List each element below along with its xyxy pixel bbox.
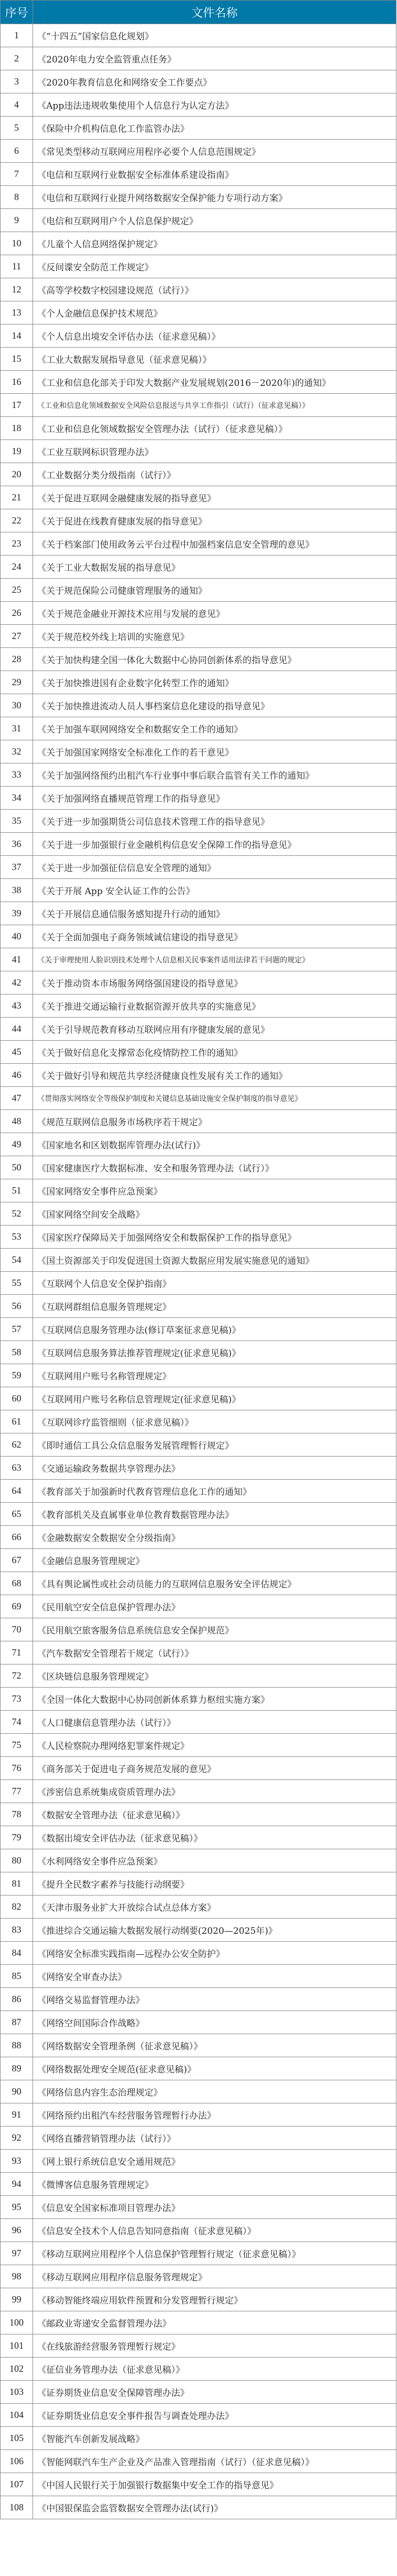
table-row: 108《中国银保监会监管数据安全管理办法(试行)》 [1,2496,396,2519]
row-number: 74 [1,1711,33,1734]
document-title: 《反间谍安全防范工作规定》 [33,255,396,278]
document-title: 《工业互联网标识管理办法》 [33,440,396,463]
document-title: 《证券期货业信息安全事件报告与调查处理办法》 [33,2404,396,2427]
document-title: 《互联网群组信息服务管理规定》 [33,1295,396,1318]
table-row: 67《金融信息服务管理规定》 [1,1549,396,1572]
table-row: 58《互联网信息服务算法推荐管理规定(征求意见稿)》 [1,1341,396,1364]
row-number: 4 [1,93,33,117]
row-number: 14 [1,324,33,348]
table-row: 11《反间谍安全防范工作规定》 [1,255,396,278]
table-row: 99《移动智能终端应用软件预置和分发管理暂行规定》 [1,2288,396,2311]
table-row: 41《关于审理使用人脸识别技术处理个人信息相关民事案件适用法律若干问题的规定》 [1,948,396,971]
row-number: 35 [1,810,33,833]
row-number: 60 [1,1387,33,1410]
column-header-title: 文件名称 [33,1,396,24]
document-title: 《关于规范校外线上培训的实施意见》 [33,625,396,648]
table-row: 93《网上银行系统信息安全通用规范》 [1,2150,396,2173]
row-number: 108 [1,2496,33,2519]
table-row: 9《电信和互联网用户个人信息保护规定》 [1,209,396,232]
table-row: 85《网络安全审查办法》 [1,1965,396,1988]
row-number: 12 [1,278,33,301]
row-number: 27 [1,625,33,648]
row-number: 29 [1,671,33,694]
row-number: 16 [1,371,33,394]
row-number: 22 [1,509,33,532]
document-title: 《全国一体化大数据中心协同创新体系算力枢纽实施方案》 [33,1688,396,1711]
row-number: 63 [1,1457,33,1480]
row-number: 80 [1,1849,33,1872]
row-number: 53 [1,1226,33,1249]
row-number: 7 [1,163,33,186]
table-row: 35《关于进一步加强期货公司信息技术管理工作的指导意见》 [1,810,396,833]
row-number: 31 [1,717,33,740]
document-title: 《在线旅游经营服务管理暂行规定》 [33,2334,396,2358]
table-row: 96《信息安全技术个人信息告知同意指南（征求意见稿）》 [1,2219,396,2242]
table-row: 74《人口健康信息管理办法（试行）》 [1,1711,396,1734]
table-row: 88《网络数据安全管理条例（征求意见稿）》 [1,2034,396,2057]
row-number: 51 [1,1179,33,1202]
document-title: 《关于做好信息化支撑常态化疫情防控工作的通知》 [33,1041,396,1064]
table-row: 82《天津市服务业扩大开放综合试点总体方案》 [1,1896,396,1919]
document-title: 《移动互联网应用程序个人信息保护管理暂行规定（征求意见稿）》 [33,2242,396,2265]
table-row: 18《工业和信息化领域数据安全管理办法（试行）（征求意见稿）》 [1,417,396,440]
table-row: 61《互联网诊疗监管细则（征求意见稿）》 [1,1410,396,1433]
row-number: 13 [1,301,33,324]
document-title: 《App违法违规收集使用个人信息行为认定方法》 [33,93,396,117]
document-title: 《关于开展信息通信服务感知提升行动的通知》 [33,902,396,925]
row-number: 64 [1,1480,33,1503]
table-row: 49《国家地名和区划数据库管理办法(试行)》 [1,1133,396,1156]
document-title: 《智能汽车创新发展战略》 [33,2427,396,2450]
document-title: 《关于加快构建全国一体化大数据中心协同创新体系的指导意见》 [33,648,396,671]
table-row: 68《具有舆论属性或社会动员能力的互联网信息服务安全评估规定》 [1,1572,396,1595]
document-title: 《汽车数据安全管理若干规定（试行）》 [33,1641,396,1664]
row-number: 68 [1,1572,33,1595]
document-title: 《贯彻落实网络安全等级保护制度和关键信息基础设施安全保护制度的指导意见》 [33,1087,396,1110]
row-number: 91 [1,2103,33,2127]
document-title: 《关于工业大数据发展的指导意见》 [33,556,396,579]
table-row: 17《工业和信息化领域数据安全风险信息报送与共享工作指引（试行）（征求意见稿）》 [1,394,396,417]
row-number: 92 [1,2127,33,2150]
table-row: 80《水利网络安全事件应急预案》 [1,1849,396,1872]
table-row: 75《人民检察院办理网络犯罪案件规定》 [1,1734,396,1757]
document-title: 《高等学校数字校园建设规范（试行）》 [33,278,396,301]
document-title: 《人口健康信息管理办法（试行）》 [33,1711,396,1734]
document-title: 《工业大数据发展指导意见（征求意见稿）》 [33,348,396,371]
table-row: 64《教育部关于加强新时代教育管理信息化工作的通知》 [1,1480,396,1503]
document-title: 《国家网络空间安全战略》 [33,1202,396,1226]
document-title: 《关于全面加强电子商务领域诚信建设的指导意见》 [33,925,396,948]
row-number: 93 [1,2150,33,2173]
table-row: 100《邮政业寄递安全监督管理办法》 [1,2311,396,2334]
row-number: 46 [1,1064,33,1087]
table-row: 37《关于进一步加强征信信息安全管理的通知》 [1,856,396,879]
table-row: 44《关于引导规范教育移动互联网应用有序健康发展的意见》 [1,1018,396,1041]
document-title: 《网络安全标准实践指南—远程办公安全防护》 [33,1942,396,1965]
document-title: 《关于加强网络预约出租汽车行业事中事后联合监管有关工作的通知》 [33,763,396,787]
row-number: 85 [1,1965,33,1988]
row-number: 19 [1,440,33,463]
document-title: 《关于规范金融业开源技术应用与发展的意见》 [33,602,396,625]
document-title: 《“十四五”国家信息化规划》 [33,24,396,47]
document-title: 《移动互联网应用程序信息服务管理规定》 [33,2265,396,2288]
table-row: 57《互联网信息服务管理办法(修订草案征求意见稿)》 [1,1318,396,1341]
table-row: 83《推进综合交通运输大数据发展行动纲要(2020—2025年)》 [1,1919,396,1942]
table-row: 62《即时通信工具公众信息服务发展管理暂行规定》 [1,1433,396,1457]
row-number: 58 [1,1341,33,1364]
row-number: 2 [1,47,33,70]
table-row: 45《关于做好信息化支撑常态化疫情防控工作的通知》 [1,1041,396,1064]
table-row: 42《关于推动资本市场服务网络强国建设的指导意见》 [1,971,396,994]
row-number: 11 [1,255,33,278]
table-row: 1《“十四五”国家信息化规划》 [1,24,396,47]
document-title: 《关于促进在线教育健康发展的指导意见》 [33,509,396,532]
row-number: 70 [1,1618,33,1641]
table-row: 70《民用航空旅客服务信息系统信息安全保护规范》 [1,1618,396,1641]
document-title: 《区块链信息服务管理规定》 [33,1664,396,1688]
document-title: 《电信和互联网行业提升网络数据安全保护能力专项行动方案》 [33,186,396,209]
row-number: 104 [1,2404,33,2427]
document-title: 《关于进一步加强征信信息安全管理的通知》 [33,856,396,879]
row-number: 102 [1,2358,33,2381]
document-title: 《工业数据分类分级指南（试行）》 [33,463,396,486]
row-number: 87 [1,2011,33,2034]
table-row: 102《征信业务管理办法（征求意见稿）》 [1,2358,396,2381]
table-row: 23《关于档案部门使用政务云平台过程中加强档案信息安全管理的意见》 [1,532,396,556]
row-number: 8 [1,186,33,209]
document-title: 《教育部机关及直属事业单位教育数据管理办法》 [33,1503,396,1526]
row-number: 86 [1,1988,33,2011]
table-row: 19《工业互联网标识管理办法》 [1,440,396,463]
document-title: 《信息安全技术个人信息告知同意指南（征求意见稿）》 [33,2219,396,2242]
row-number: 25 [1,579,33,602]
row-number: 61 [1,1410,33,1433]
table-row: 50《国家健康医疗大数据标准、安全和服务管理办法（试行）》 [1,1156,396,1179]
table-row: 107《中国人民银行关于加强银行数据集中安全工作的指导意见》 [1,2473,396,2496]
table-row: 46《关于做好引导和规范共享经济健康良性发展有关工作的通知》 [1,1064,396,1087]
document-title: 《电信和互联网行业数据安全标准体系建设指南》 [33,163,396,186]
document-title: 《关于加快推进流动人员人事档案信息化建设的指导意见》 [33,694,396,717]
row-number: 73 [1,1688,33,1711]
row-number: 62 [1,1433,33,1457]
row-number: 34 [1,787,33,810]
table-row: 59《互联网用户账号名称管理规定》 [1,1364,396,1387]
table-row: 29《关于加快推进国有企业数字化转型工作的通知》 [1,671,396,694]
table-row: 103《证券期货业信息安全保障管理办法》 [1,2381,396,2404]
table-row: 39《关于开展信息通信服务感知提升行动的通知》 [1,902,396,925]
table-row: 104《证券期货业信息安全事件报告与调查处理办法》 [1,2404,396,2427]
document-title: 《保险中介机构信息化工作监管办法》 [33,117,396,140]
row-number: 100 [1,2311,33,2334]
row-number: 107 [1,2473,33,2496]
document-title: 《水利网络安全事件应急预案》 [33,1849,396,1872]
table-row: 28《关于加快构建全国一体化大数据中心协同创新体系的指导意见》 [1,648,396,671]
row-number: 41 [1,948,33,971]
document-title: 《民用航空安全信息保护管理办法》 [33,1595,396,1618]
row-number: 89 [1,2057,33,2080]
row-number: 88 [1,2034,33,2057]
row-number: 96 [1,2219,33,2242]
table-row: 16《工业和信息化部关于印发大数据产业发展规划(2016－2020年)的通知》 [1,371,396,394]
table-row: 7《电信和互联网行业数据安全标准体系建设指南》 [1,163,396,186]
table-row: 90《网络信息内容生态治理规定》 [1,2080,396,2103]
row-number: 50 [1,1156,33,1179]
document-title: 《关于做好引导和规范共享经济健康良性发展有关工作的通知》 [33,1064,396,1087]
row-number: 44 [1,1018,33,1041]
table-row: 60《互联网用户账号名称信息管理规定(征求意见稿)》 [1,1387,396,1410]
row-number: 57 [1,1318,33,1341]
table-row: 31《关于加强车联网网络安全和数据安全工作的通知》 [1,717,396,740]
row-number: 10 [1,232,33,255]
table-row: 54《国土资源部关于印发促进国土资源大数据应用发展实施意见的通知》 [1,1249,396,1272]
row-number: 59 [1,1364,33,1387]
table-row: 65《教育部机关及直属事业单位教育数据管理办法》 [1,1503,396,1526]
row-number: 17 [1,394,33,417]
table-row: 20《工业数据分类分级指南（试行）》 [1,463,396,486]
table-row: 86《网络交易监督管理办法》 [1,1988,396,2011]
table-row: 95《信息安全国家标准项目管理办法》 [1,2196,396,2219]
table-body: 1《“十四五”国家信息化规划》2《2020年电力安全监管重点任务》3《2020年… [1,24,396,2519]
document-title: 《中国银保监会监管数据安全管理办法(试行)》 [33,2496,396,2519]
document-title: 《国家健康医疗大数据标准、安全和服务管理办法（试行）》 [33,1156,396,1179]
table-row: 10《儿童个人信息网络保护规定》 [1,232,396,255]
row-number: 67 [1,1549,33,1572]
table-row: 87《网络空间国际合作战略》 [1,2011,396,2034]
document-title: 《即时通信工具公众信息服务发展管理暂行规定》 [33,1433,396,1457]
table-row: 6《常见类型移动互联网应用程序必要个人信息范围规定》 [1,140,396,163]
row-number: 18 [1,417,33,440]
row-number: 71 [1,1641,33,1664]
row-number: 98 [1,2265,33,2288]
document-title: 《涉密信息系统集成资质管理办法》 [33,1780,396,1803]
document-title: 《数据出境安全评估办法（征求意见稿）》 [33,1826,396,1849]
document-title: 《提升全民数字素养与技能行动纲要》 [33,1872,396,1896]
row-number: 106 [1,2450,33,2473]
table-row: 30《关于加快推进流动人员人事档案信息化建设的指导意见》 [1,694,396,717]
row-number: 82 [1,1896,33,1919]
document-list-table: 序号 文件名称 1《“十四五”国家信息化规划》2《2020年电力安全监管重点任务… [0,0,396,2519]
document-title: 《商务部关于促进电子商务规范发展的意见》 [33,1757,396,1780]
table-row: 38《关于开展 App 安全认证工作的公告》 [1,879,396,902]
table-row: 48《规范互联网信息服务市场秩序若干规定》 [1,1110,396,1133]
document-title: 《互联网个人信息安全保护指南》 [33,1272,396,1295]
table-row: 36《关于进一步加强银行业金融机构信息安全保障工作的指导意见》 [1,833,396,856]
document-title: 《国土资源部关于印发促进国土资源大数据应用发展实施意见的通知》 [33,1249,396,1272]
row-number: 75 [1,1734,33,1757]
document-title: 《交通运输政务数据共享管理办法》 [33,1457,396,1480]
document-title: 《关于引导规范教育移动互联网应用有序健康发展的意见》 [33,1018,396,1041]
row-number: 1 [1,24,33,47]
document-title: 《个人金融信息保护技术规范》 [33,301,396,324]
table-row: 40《关于全面加强电子商务领域诚信建设的指导意见》 [1,925,396,948]
row-number: 36 [1,833,33,856]
table-row: 43《关于推进交通运输行业数据资源开放共享的实施意见》 [1,994,396,1018]
document-title: 《金融数据安全数据安全分级指南》 [33,1526,396,1549]
table-row: 97《移动互联网应用程序个人信息保护管理暂行规定（征求意见稿）》 [1,2242,396,2265]
table-row: 69《民用航空安全信息保护管理办法》 [1,1595,396,1618]
row-number: 37 [1,856,33,879]
document-title: 《教育部关于加强新时代教育管理信息化工作的通知》 [33,1480,396,1503]
row-number: 99 [1,2288,33,2311]
document-title: 《具有舆论属性或社会动员能力的互联网信息服务安全评估规定》 [33,1572,396,1595]
table-row: 51《国家网络安全事件应急预案》 [1,1179,396,1202]
document-title: 《常见类型移动互联网应用程序必要个人信息范围规定》 [33,140,396,163]
document-title: 《关于加强网络直播规范管理工作的指导意见》 [33,787,396,810]
row-number: 79 [1,1826,33,1849]
row-number: 43 [1,994,33,1018]
row-number: 21 [1,486,33,509]
table-row: 63《交通运输政务数据共享管理办法》 [1,1457,396,1480]
document-title: 《微博客信息服务管理规定》 [33,2173,396,2196]
row-number: 32 [1,740,33,763]
table-row: 91《网络预约出租汽车经营服务管理暂行办法》 [1,2103,396,2127]
document-title: 《网络预约出租汽车经营服务管理暂行办法》 [33,2103,396,2127]
row-number: 48 [1,1110,33,1133]
document-title: 《关于审理使用人脸识别技术处理个人信息相关民事案件适用法律若干问题的规定》 [33,948,396,971]
row-number: 105 [1,2427,33,2450]
document-title: 《网上银行系统信息安全通用规范》 [33,2150,396,2173]
row-number: 97 [1,2242,33,2265]
document-title: 《国家网络安全事件应急预案》 [33,1179,396,1202]
row-number: 101 [1,2334,33,2358]
document-title: 《互联网用户账号名称信息管理规定(征求意见稿)》 [33,1387,396,1410]
table-row: 47《贯彻落实网络安全等级保护制度和关键信息基础设施安全保护制度的指导意见》 [1,1087,396,1110]
row-number: 30 [1,694,33,717]
document-title: 《互联网信息服务管理办法(修订草案征求意见稿)》 [33,1318,396,1341]
row-number: 77 [1,1780,33,1803]
row-number: 40 [1,925,33,948]
row-number: 56 [1,1295,33,1318]
row-number: 33 [1,763,33,787]
table-row: 12《高等学校数字校园建设规范（试行）》 [1,278,396,301]
row-number: 23 [1,532,33,556]
table-row: 84《网络安全标准实践指南—远程办公安全防护》 [1,1942,396,1965]
document-title: 《邮政业寄递安全监督管理办法》 [33,2311,396,2334]
row-number: 84 [1,1942,33,1965]
row-number: 28 [1,648,33,671]
table-row: 25《关于规范保险公司健康管理服务的通知》 [1,579,396,602]
document-title: 《数据安全管理办法（征求意见稿）》 [33,1803,396,1826]
table-row: 81《提升全民数字素养与技能行动纲要》 [1,1872,396,1896]
row-number: 94 [1,2173,33,2196]
table-row: 22《关于促进在线教育健康发展的指导意见》 [1,509,396,532]
table-row: 4《App违法违规收集使用个人信息行为认定方法》 [1,93,396,117]
row-number: 95 [1,2196,33,2219]
row-number: 26 [1,602,33,625]
document-title: 《中国人民银行关于加强银行数据集中安全工作的指导意见》 [33,2473,396,2496]
document-title: 《关于加强国家网络安全标准化工作的若干意见》 [33,740,396,763]
table-row: 73《全国一体化大数据中心协同创新体系算力枢纽实施方案》 [1,1688,396,1711]
document-title: 《推进综合交通运输大数据发展行动纲要(2020—2025年)》 [33,1919,396,1942]
document-title: 《金融信息服务管理规定》 [33,1549,396,1572]
document-title: 《天津市服务业扩大开放综合试点总体方案》 [33,1896,396,1919]
row-number: 83 [1,1919,33,1942]
table-row: 8《电信和互联网行业提升网络数据安全保护能力专项行动方案》 [1,186,396,209]
document-title: 《儿童个人信息网络保护规定》 [33,232,396,255]
document-title: 《征信业务管理办法（征求意见稿）》 [33,2358,396,2381]
document-title: 《移动智能终端应用软件预置和分发管理暂行规定》 [33,2288,396,2311]
row-number: 24 [1,556,33,579]
row-number: 54 [1,1249,33,1272]
document-title: 《国家地名和区划数据库管理办法(试行)》 [33,1133,396,1156]
row-number: 6 [1,140,33,163]
row-number: 9 [1,209,33,232]
row-number: 81 [1,1872,33,1896]
document-title: 《互联网信息服务算法推荐管理规定(征求意见稿)》 [33,1341,396,1364]
document-title: 《智能网联汽车生产企业及产品准入管理指南（试行）（征求意见稿）》 [33,2450,396,2473]
row-number: 38 [1,879,33,902]
document-title: 《关于加强车联网网络安全和数据安全工作的通知》 [33,717,396,740]
document-title: 《关于档案部门使用政务云平台过程中加强档案信息安全管理的意见》 [33,532,396,556]
row-number: 90 [1,2080,33,2103]
document-title: 《规范互联网信息服务市场秩序若干规定》 [33,1110,396,1133]
row-number: 66 [1,1526,33,1549]
table-row: 98《移动互联网应用程序信息服务管理规定》 [1,2265,396,2288]
document-title: 《民用航空旅客服务信息系统信息安全保护规范》 [33,1618,396,1641]
document-title: 《关于开展 App 安全认证工作的公告》 [33,879,396,902]
table-row: 77《涉密信息系统集成资质管理办法》 [1,1780,396,1803]
document-title: 《网络空间国际合作战略》 [33,2011,396,2034]
document-title: 《证券期货业信息安全保障管理办法》 [33,2381,396,2404]
document-title: 《网络数据安全管理条例（征求意见稿）》 [33,2034,396,2057]
table-row: 52《国家网络空间安全战略》 [1,1202,396,1226]
document-title: 《网络直播营销管理办法（试行）》 [33,2127,396,2150]
document-title: 《网络信息内容生态治理规定》 [33,2080,396,2103]
document-title: 《个人信息出境安全评估办法（征求意见稿）》 [33,324,396,348]
table-row: 24《关于工业大数据发展的指导意见》 [1,556,396,579]
row-number: 72 [1,1664,33,1688]
row-number: 103 [1,2381,33,2404]
table-row: 14《个人信息出境安全评估办法（征求意见稿）》 [1,324,396,348]
row-number: 55 [1,1272,33,1295]
row-number: 78 [1,1803,33,1826]
column-header-number: 序号 [1,1,33,24]
table-row: 71《汽车数据安全管理若干规定（试行）》 [1,1641,396,1664]
document-title: 《电信和互联网用户个人信息保护规定》 [33,209,396,232]
document-title: 《网络数据处理安全规范(征求意见稿)》 [33,2057,396,2080]
table-row: 3《2020年教育信息化和网络安全工作要点》 [1,70,396,93]
row-number: 49 [1,1133,33,1156]
table-header-row: 序号 文件名称 [1,1,396,24]
document-title: 《网络安全审查办法》 [33,1965,396,1988]
table-row: 105《智能汽车创新发展战略》 [1,2427,396,2450]
row-number: 65 [1,1503,33,1526]
table-row: 101《在线旅游经营服务管理暂行规定》 [1,2334,396,2358]
document-title: 《信息安全国家标准项目管理办法》 [33,2196,396,2219]
document-title: 《关于推动资本市场服务网络强国建设的指导意见》 [33,971,396,994]
table-row: 106《智能网联汽车生产企业及产品准入管理指南（试行）（征求意见稿）》 [1,2450,396,2473]
table-row: 21《关于促进互联网金融健康发展的指导意见》 [1,486,396,509]
table-row: 33《关于加强网络预约出租汽车行业事中事后联合监管有关工作的通知》 [1,763,396,787]
table-row: 66《金融数据安全数据安全分级指南》 [1,1526,396,1549]
document-title: 《工业和信息化部关于印发大数据产业发展规划(2016－2020年)的通知》 [33,371,396,394]
row-number: 15 [1,348,33,371]
document-title: 《关于规范保险公司健康管理服务的通知》 [33,579,396,602]
table-row: 34《关于加强网络直播规范管理工作的指导意见》 [1,787,396,810]
table-row: 27《关于规范校外线上培训的实施意见》 [1,625,396,648]
document-title: 《关于推进交通运输行业数据资源开放共享的实施意见》 [33,994,396,1018]
table-row: 94《微博客信息服务管理规定》 [1,2173,396,2196]
table-row: 26《关于规范金融业开源技术应用与发展的意见》 [1,602,396,625]
row-number: 42 [1,971,33,994]
table-row: 2《2020年电力安全监管重点任务》 [1,47,396,70]
document-title: 《2020年教育信息化和网络安全工作要点》 [33,70,396,93]
row-number: 45 [1,1041,33,1064]
table-row: 55《互联网个人信息安全保护指南》 [1,1272,396,1295]
table-row: 13《个人金融信息保护技术规范》 [1,301,396,324]
table-row: 79《数据出境安全评估办法（征求意见稿）》 [1,1826,396,1849]
table-row: 5《保险中介机构信息化工作监管办法》 [1,117,396,140]
